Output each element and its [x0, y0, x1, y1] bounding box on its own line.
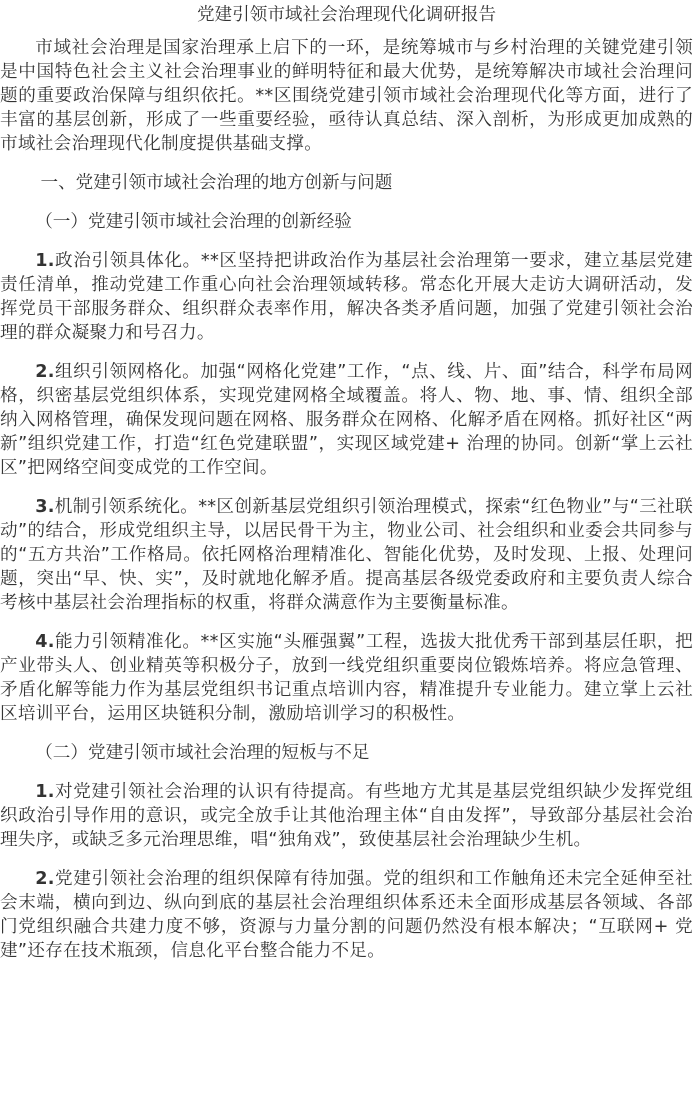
shortcoming-item-1: 1.对党建引领社会治理的认识有待提高。有些地方尤其是基层党组织缺少发挥党组织政治… — [0, 780, 693, 852]
item-text: 能力引领精准化。**区实施“头雁强翼”工程，选拔大批优秀干部到基层任职，把产业带… — [0, 632, 693, 724]
subsection-heading-shortcomings: （二）党建引领市域社会治理的短板与不足 — [0, 741, 693, 765]
item-text: 政治引领具体化。**区坚持把讲政治作为基层社会治理第一要求，建立基层党建责任清单… — [0, 251, 693, 343]
item-text: 党建引领社会治理的组织保障有待加强。党的组织和工作触角还未完全延伸至社会末端，横… — [0, 869, 693, 961]
shortcoming-item-2: 2.党建引领社会治理的组织保障有待加强。党的组织和工作触角还未完全延伸至社会末端… — [0, 867, 693, 963]
item-number: 4. — [35, 632, 55, 652]
section-heading-1: 一、党建引领市域社会治理的地方创新与问题 — [0, 171, 693, 195]
item-number: 2. — [35, 362, 55, 382]
innovation-item-3: 3.机制引领系统化。**区创新基层党组织引领治理模式，探索“红色物业”与“三社联… — [0, 495, 693, 615]
intro-paragraph: 市域社会治理是国家治理承上启下的一环，是统筹城市与乡村治理的关键党建引领是中国特… — [0, 36, 693, 156]
item-number: 1. — [35, 251, 55, 271]
item-number: 1. — [35, 782, 55, 802]
innovation-item-2: 2.组织引领网格化。加强“网格化党建”工作，“点、线、片、面”结合，科学布局网格… — [0, 360, 693, 480]
item-number: 2. — [35, 869, 55, 889]
item-text: 组织引领网格化。加强“网格化党建”工作，“点、线、片、面”结合，科学布局网格，织… — [0, 362, 693, 478]
item-number: 3. — [35, 497, 55, 517]
innovation-item-4: 4.能力引领精准化。**区实施“头雁强翼”工程，选拔大批优秀干部到基层任职，把产… — [0, 630, 693, 726]
document-title: 党建引领市域社会治理现代化调研报告 — [0, 3, 693, 27]
document: 党建引领市域社会治理现代化调研报告 市域社会治理是国家治理承上启下的一环，是统筹… — [0, 0, 693, 963]
innovation-item-1: 1.政治引领具体化。**区坚持把讲政治作为基层社会治理第一要求，建立基层党建责任… — [0, 249, 693, 345]
item-text: 对党建引领社会治理的认识有待提高。有些地方尤其是基层党组织缺少发挥党组织政治引导… — [0, 782, 693, 850]
subsection-heading-innovation: （一）党建引领市域社会治理的创新经验 — [0, 210, 693, 234]
item-text: 机制引领系统化。**区创新基层党组织引领治理模式，探索“红色物业”与“三社联动”… — [0, 497, 693, 613]
